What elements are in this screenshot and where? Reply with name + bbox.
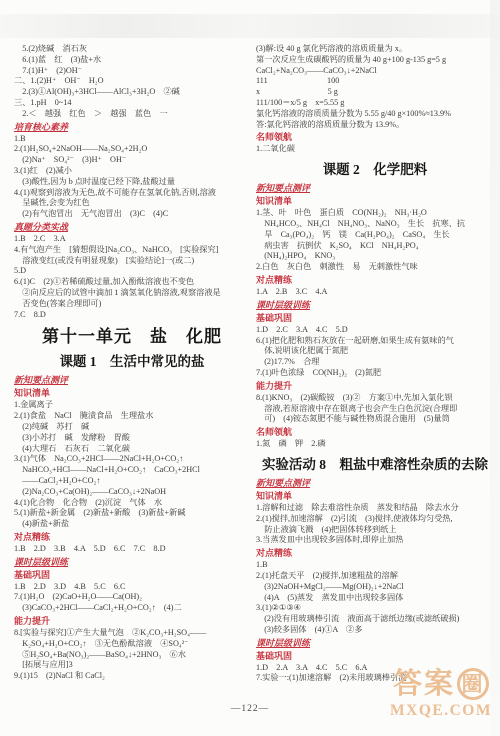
text-line: NH₄HCO₃、NH₄Cl NH₄NO₃、NaNO₃ 生长 抗寒、抗 [256,219,494,230]
text-line: 1.A 2.B 3.C 4.A [256,287,494,298]
section-heading: 新知要点测评 [14,374,250,386]
subsection-heading: 基础巩固 [256,312,494,324]
text-line: (3)2NaOH+MgCl₂——Mg(OH)₂↓+2NaCl [256,582,494,593]
answer-block: 1.二氧化碳 [256,144,494,155]
text-line: 2.(3)①Al(OH)₃+3HCl——AlCl₃+3H₂O ②碱 [14,87,250,98]
answer-block: 1.B2.(1)托盘天平 (2)搅拌,加速粗盐的溶解 (3)2NaOH+MgCl… [256,560,494,636]
text-line: 5.(2)烧碱 消石灰 [14,44,250,55]
answer-block: 1.氮 磷 钾 2.磷 [256,439,494,450]
text-line: 1.D 2.C 3.A 4.C 5.D [256,325,494,336]
text-line: 二、1.(2)H⁺ OH⁻ H₂O [14,76,250,87]
section-heading: 课时层级训练 [14,556,250,568]
answer-block: 1.B 2.D 3.D 4.B 5.C 6.C7.(1)H₂O (2)CaO+H… [14,582,250,614]
subsection-heading: 能力提升 [256,380,494,392]
text-line: K₂SO₄+H₂O+CO₂↑ ③无色酚酞溶液 ④SO₄²⁻ [14,639,250,650]
scan-artifact-band [0,14,500,38]
text-line: 1.B 2.D 3.D 4.B 5.C 6.C [14,582,250,593]
subsection-heading: 知识清单 [256,195,494,207]
unit-title: 第十一单元 盐 化肥 [14,327,250,347]
subsection-heading: 知识清单 [256,490,494,502]
watermark-logo-circled-icon: 圈 [457,668,489,700]
subsection-heading: 基础巩固 [256,650,494,662]
text-line: 5.D [14,266,250,277]
text-line: 7.(1)H⁺ (2)OH⁻ [14,66,250,77]
answer-block: 1.B2.(1)H₂SO₄+2NaOH——Na₂SO₄+2H₂O (2)Na⁺ … [14,134,250,220]
section-heading: 真题分类实战 [14,221,250,233]
text-line: 1.B [256,560,494,571]
activity-title: 实验活动 8 粗盐中难溶性杂质的去除 [256,456,494,473]
text-line: 3.(1)②①③④ [256,603,494,614]
text-line: 3.当蒸发皿中出现较多固体时,即停止加热 [256,535,494,546]
text-line: [拓展与应用]3 [14,660,250,671]
watermark: 答案圈 MXQE.COM [390,667,492,720]
watermark-site: MXQE.COM [390,702,492,720]
text-line: 1.金属离子 [14,400,250,411]
answer-block: (3)解:设 40 g 氯化钙溶液的溶质质量为 x。第一次反应生成碳酸钙的质量为… [256,44,494,130]
subsection-heading: 对点精练 [14,531,250,543]
text-line: (2)Na₂CO₃+Ca(OH)₂——CaCO₃↓+2NaOH [14,487,250,498]
answer-block: 1.D 2.C 3.A 4.C 5.D6.(1)把化肥和熟石灰放在一起研磨,如果… [256,325,494,379]
text-line: (2)没有用玻璃棒引流 液面高于滤纸边缘(或滤纸破损) [256,614,494,625]
watermark-logo: 答案圈 [390,667,492,701]
text-line: 7.C 8.D [14,310,250,321]
text-line: 旱 Ca₃(PO₄)₂ 钙 镁 Ca(H₂PO₄)₂ CaSO₄ 生长 [256,230,494,241]
subsection-heading: 名师领航 [256,426,494,438]
text-line: 1.B 2.C 3.A [14,234,250,245]
answer-block: 1.金属离子2.(1)食盐 NaCl 腌渍食品 生理盐水 (2)纯碱 苏打 碱 … [14,400,250,530]
text-line: 2.白色 灰白色 刺激性 易 无刺激性气味 [256,262,494,273]
answer-block: 1.茎、叶 叶色 蛋白质 CO(NH₂)₂ NH₃·H₂O NH₄HCO₃、NH… [256,208,494,273]
text-line: 1.B 2.D 3.B 4.A 5.D 6.C 7.C 8.D [14,544,250,555]
text-line: 3.(1)气体 Na₂CO₃+2HCl——2NaCl+H₂O+CO₂↑ [14,454,250,465]
lesson-title: 课题 1 生活中常见的盐 [14,353,250,370]
text-line: 6.(1)把化肥和熟石灰放在一起研磨,如果生成有氨味的气 [256,336,494,347]
text-line: (4)A (5)蒸发 蒸发皿中出现较多固体 [256,593,494,604]
text-line: 1.氮 磷 钾 2.磷 [256,439,494,450]
text-line: (4)新盐+新盐 [14,519,250,530]
text-line: 9.(1)15 (2)NaCl 和 CaCl₂ [14,671,250,682]
text-line: (3)CaCO₃+2HCl——CaCl₂+H₂O+CO₂↑ (4)二 [14,603,250,614]
section-heading: 课时层级训练 [256,299,494,311]
text-line: (4)大理石 石灰石 二氧化碳 [14,444,250,455]
text-line: (3)较多固体 (4)①A ②多 [256,625,494,636]
text-line: 1.溶解和过滤 除去难溶性杂质 蒸发和结晶 除去水分 [256,503,494,514]
subsection-heading: 能力提升 [14,615,250,627]
text-line: 1.二氧化碳 [256,144,494,155]
text-line: ⑤H₂SO₄+Ba(NO₃)₂——BaSO₄↓+2HNO₃ ⑥水 [14,650,250,661]
text-line: 8.[实验与探究]①产生大量气泡 ②K₂CO₃+H₂SO₄—— [14,628,250,639]
text-line: 第一次反应生成碳酸钙的质量为 40 g+100 g-135 g=5 g [256,55,494,66]
text-line: 5.(1)新盐+新金属 (2)新盐+新酸 (3)新盐+新碱 [14,508,250,519]
text-line: 溶液,若原溶液中存在银离子也会产生白色沉淀(合理即 [256,404,494,415]
text-line: 2.(1)食盐 NaCl 腌渍食品 生理盐水 [14,411,250,422]
watermark-logo-text: 答案 [393,668,455,700]
answer-block: 8.(1)KNO₃ (2)碳酸铵 (3)② 方案①中,先加入氯化钡 溶液,若原溶… [256,393,494,425]
lesson-title: 课题 2 化学肥料 [256,161,494,178]
answer-block: 1.B 2.C 3.A4.有气泡产生 [猜想假设]Na₂CO₃、NaHCO₃ [… [14,234,250,320]
text-line: 病虫害 抗倒伏 K₂SO₄ KCl NH₄H₂PO₄ [256,241,494,252]
section-heading: 培育核心素养 [14,121,250,133]
text-line: (3)解:设 40 g 氯化钙溶液的溶质质量为 x。 [256,44,494,55]
text-line: 体,说明该化肥属于氮肥 [256,346,494,357]
answer-block: 1.溶解和过滤 除去难溶性杂质 蒸发和结晶 除去水分2.(1)搅拌,加速溶解 (… [256,503,494,546]
text-line: ②向反应后的试管中滴加 1 滴氢氧化钠溶液,观察溶液是 [14,288,250,299]
answer-book-page: 5.(2)烧碱 消石灰 6.(1)蓝 红 (3)盐+水 7.(1)H⁺ (2)O… [0,0,500,736]
text-line: 4.(1)化合物 化合物 (2)沉淀 气体 水 [14,498,250,509]
subsection-heading: 名师领航 [256,131,494,143]
text-line: 111/100＝x/5 g x=5.55 g [256,98,494,109]
text-line: 111 100 [256,76,494,87]
text-line: 4.有气泡产生 [猜想假设]Na₂CO₃、NaHCO₃ [实验探究] [14,245,250,256]
text-line: CaCl₂+Na₂CO₃——CaCO₃↓+2NaCl [256,66,494,77]
subsection-heading: 基础巩固 [14,569,250,581]
text-line: (3)酸性,因为 b 点时温度已经下降,盐酸过量 [14,177,250,188]
text-line: 4.(1)观察到溶液为无色,故不可能存在氢氧化钠,否则,溶液 [14,188,250,199]
text-line: 防止液滴飞溅 (4)把固体转移到纸上 [256,525,494,536]
text-line: (3)小苏打 碱 发酵粉 胃酸 [14,433,250,444]
answer-block: 5.(2)烧碱 消石灰 6.(1)蓝 红 (3)盐+水 7.(1)H⁺ (2)O… [14,44,250,120]
text-line: 6.(1)C (2)①若稀硫酸过量,加入酚酞溶液也不变色 [14,277,250,288]
text-line: x 5 g [256,87,494,98]
answer-block: 8.[实验与探究]①产生大量气泡 ②K₂CO₃+H₂SO₄—— K₂SO₄+H₂… [14,628,250,682]
left-column: 5.(2)烧碱 消石灰 6.(1)蓝 红 (3)盐+水 7.(1)H⁺ (2)O… [14,44,250,682]
subsection-heading: 对点精练 [256,547,494,559]
text-line: 8.(1)KNO₃ (2)碳酸铵 (3)② 方案①中,先加入氯化钡 [256,393,494,404]
text-line: 2.＜ 越强 红色 ＞ 越强 蓝色 一 [14,109,250,120]
text-line: (NH₄)₂HPO₄ KNO₃ [256,251,494,262]
section-heading: 新知要点测评 [256,477,494,489]
text-line: 氯化钙溶液的溶质质量分数为 5.55 g/40 g×100%≈13.9% [256,109,494,120]
text-line: NaHCO₃+HCl——NaCl+H₂O+CO₂↑ CaCO₃+2HCl [14,465,250,476]
text-line: 7.(1)H₂O (2)CaO+H₂O——Ca(OH)₂ [14,592,250,603]
text-line: 1.茎、叶 叶色 蛋白质 CO(NH₂)₂ NH₃·H₂O [256,208,494,219]
text-line: 3.(1)红 (2)减小 [14,166,250,177]
text-line: 2.(1)H₂SO₄+2NaOH——Na₂SO₄+2H₂O [14,144,250,155]
text-line: (2)有气泡冒出 无气泡冒出 (3)C (4)C [14,209,250,220]
text-line: 6.(1)蓝 红 (3)盐+水 [14,55,250,66]
right-column: (3)解:设 40 g 氯化钙溶液的溶质质量为 x。第一次反应生成碳酸钙的质量为… [256,44,494,684]
section-heading: 课时层级训练 [256,637,494,649]
text-line: ——CaCl₂+H₂O+CO₂↑ [14,476,250,487]
text-line: 7.(1)叶色浓绿 CO(NH₂)₂ (2)氮肥 [256,368,494,379]
subsection-heading: 对点精练 [256,274,494,286]
text-line: 三、1.pH 0~14 [14,98,250,109]
text-line: (2)纯碱 苏打 碱 [14,422,250,433]
text-line: 答:氯化钙溶液的溶质质量分数为 13.9%。 [256,120,494,131]
answer-block: 1.A 2.B 3.C 4.A [256,287,494,298]
text-line: 1.B [14,134,250,145]
text-line: (2)17.7% 合理 [256,357,494,368]
text-line: 溶液变红(或没有明显现象) [实验结论]一(或二) [14,256,250,267]
answer-block: 1.B 2.D 3.B 4.A 5.D 6.C 7.C 8.D [14,544,250,555]
text-line: 2.(1)搅拌,加速溶解 (2)引流 (3)搅拌,使液体均匀受热, [256,514,494,525]
text-line: 呈碱性,会变为红色 [14,198,250,209]
subsection-heading: 知识清单 [14,387,250,399]
text-line: 2.(1)托盘天平 (2)搅拌,加速粗盐的溶解 [256,571,494,582]
text-line: (2)Na⁺ SO₄²⁻ (3)H⁺ OH⁻ [14,155,250,166]
section-heading: 新知要点测评 [256,182,494,194]
text-line: 可) (4)铵态氮肥不能与碱性物质混合施用 (5)量筒 [256,414,494,425]
text-line: 否变色(答案合理即可) [14,299,250,310]
